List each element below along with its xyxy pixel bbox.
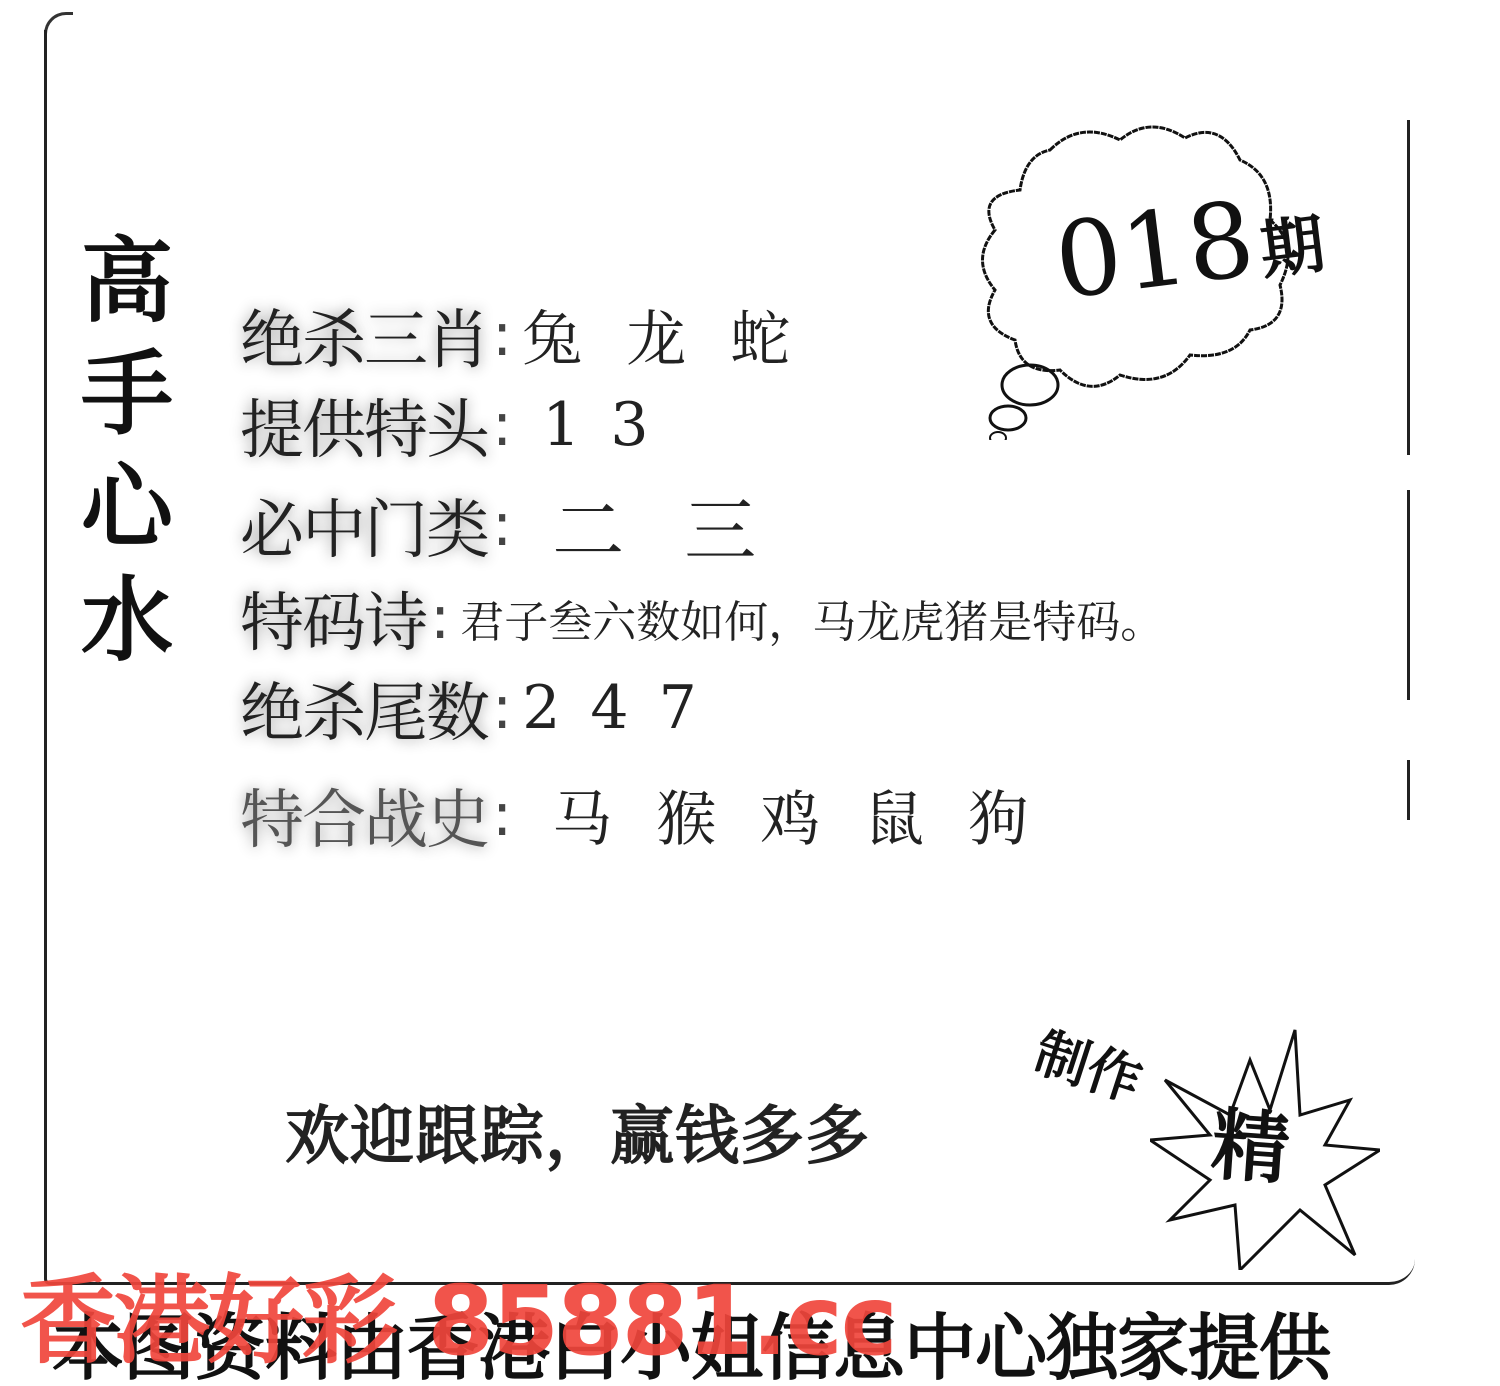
row-colon: : <box>492 390 512 460</box>
value-item: 3 <box>610 390 648 460</box>
value-item: 狗 <box>968 785 1028 855</box>
value-item: 蛇 <box>730 305 790 375</box>
issue-digits: 018 <box>1049 178 1261 323</box>
watermark: 香港好彩 85881.cc <box>20 1245 896 1382</box>
row-must-hit-category: 必中门类 : 二三 <box>240 485 800 565</box>
row-label: 提供特头 <box>240 379 492 471</box>
title-char: 水 <box>72 564 182 677</box>
row-label: 必中门类 <box>240 479 492 571</box>
row-values: 247 <box>522 673 741 743</box>
frame-right-segment <box>1407 760 1410 820</box>
row-values: 兔龙蛇 <box>522 292 834 378</box>
issue-suffix: 期 <box>1256 207 1329 289</box>
row-kill-tail-numbers: 绝杀尾数 : 247 <box>240 668 741 748</box>
row-values: 二三 <box>552 473 800 577</box>
title-char: 高 <box>72 225 182 338</box>
row-label: 特合战史 <box>240 769 492 861</box>
title-char: 手 <box>72 338 182 451</box>
value-item: 7 <box>659 673 697 743</box>
row-colon: : <box>492 300 512 370</box>
value-item: 三 <box>684 489 756 573</box>
row-colon: : <box>492 673 512 743</box>
row-label: 特码诗 <box>240 572 430 664</box>
value-item: 二 <box>552 489 624 573</box>
row-special-head: 提供特头 : 13 <box>240 385 693 465</box>
value-item: 1 <box>542 390 580 460</box>
frame-right-segment <box>1407 490 1410 700</box>
row-special-poem: 特码诗 : 君子叁六数如何，马龙虎猪是特码。 <box>240 578 1164 658</box>
value-item: 兔 <box>522 305 582 375</box>
frame-right-segment <box>1407 120 1410 455</box>
row-values: 13 <box>542 390 692 460</box>
value-item: 鼠 <box>864 785 924 855</box>
row-colon: : <box>492 780 512 850</box>
value-item: 龙 <box>626 305 686 375</box>
value-item: 4 <box>590 673 628 743</box>
row-kill-three-zodiac: 绝杀三肖 : 兔龙蛇 <box>240 295 834 375</box>
row-label: 绝杀三肖 <box>240 289 492 381</box>
row-values: 马猴鸡鼠狗 <box>552 772 1072 858</box>
welcome-text: 欢迎跟踪，赢钱多多 <box>285 1085 870 1177</box>
value-item: 鸡 <box>760 785 820 855</box>
value-item: 猴 <box>656 785 716 855</box>
row-special-record: 特合战史 : 马猴鸡鼠狗 <box>240 775 1072 855</box>
poem-text: 君子叁六数如何，马龙虎猪是特码。 <box>460 586 1164 650</box>
row-colon: : <box>430 583 450 653</box>
value-item: 马 <box>552 785 612 855</box>
title-char: 心 <box>72 451 182 564</box>
vertical-title: 高 手 心 水 <box>72 225 182 677</box>
row-label: 绝杀尾数 <box>240 662 492 754</box>
badge-text: 精 <box>1208 1082 1294 1199</box>
value-item: 2 <box>522 673 560 743</box>
row-colon: : <box>492 490 512 560</box>
